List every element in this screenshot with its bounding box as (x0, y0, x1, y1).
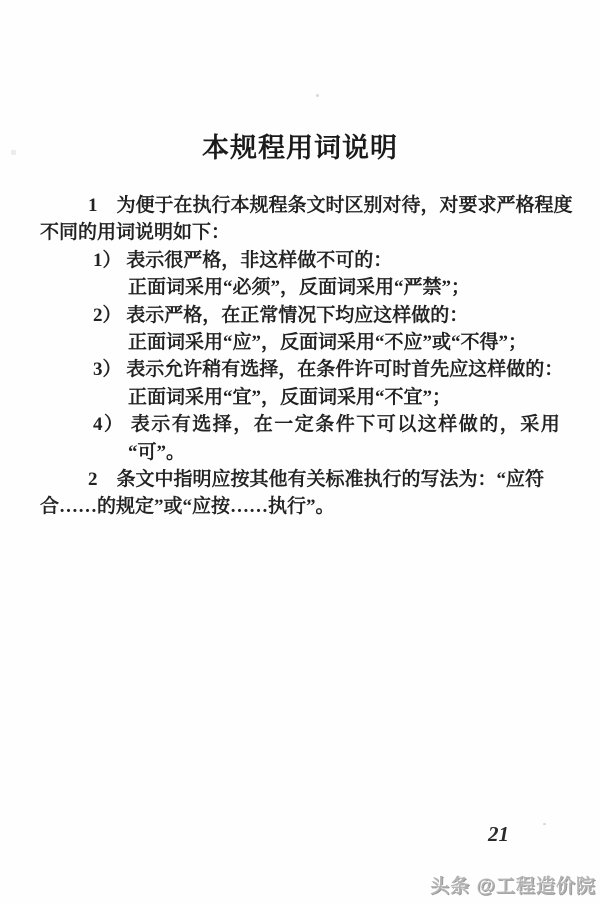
body-line: 4） 表示有选择，在一定条件下可以这样做的，采用 (40, 411, 574, 438)
scan-speck (543, 823, 546, 825)
body-line: 1） 表示很严格，非这样做不可的： (40, 247, 574, 274)
scan-speck (316, 94, 319, 97)
scanned-document-page: 本规程用词说明 1 为便于在执行本规程条文时区别对待，对要求严格程度 不同的用词… (0, 0, 600, 904)
body-line: 正面词采用“应”，反面词采用“不应”或“不得”； (40, 329, 574, 356)
body-line: “可”。 (40, 439, 574, 466)
page-number: 21 (488, 822, 509, 847)
body-line: 不同的用词说明如下： (40, 219, 574, 246)
body-line: 3） 表示允许稍有选择，在条件许可时首先应这样做的： (40, 356, 574, 383)
watermark-toutiao: 头条 @工程造价院 (430, 871, 596, 898)
body-line: 正面词采用“宜”，反面词采用“不宜”； (40, 384, 574, 411)
body-line: 1 为便于在执行本规程条文时区别对待，对要求严格程度 (40, 192, 574, 219)
scan-speck (11, 150, 16, 155)
body-line: 2） 表示严格，在正常情况下均应这样做的： (40, 302, 574, 329)
body-line: 合……的规定”或“应按……执行”。 (40, 493, 574, 520)
body-line: 正面词采用“必须”，反面词采用“严禁”； (40, 274, 574, 301)
body-line: 2 条文中指明应按其他有关标准执行的写法为：“应符 (40, 466, 574, 493)
document-title: 本规程用词说明 (0, 126, 600, 165)
document-body: 1 为便于在执行本规程条文时区别对待，对要求严格程度 不同的用词说明如下： 1）… (40, 192, 574, 521)
